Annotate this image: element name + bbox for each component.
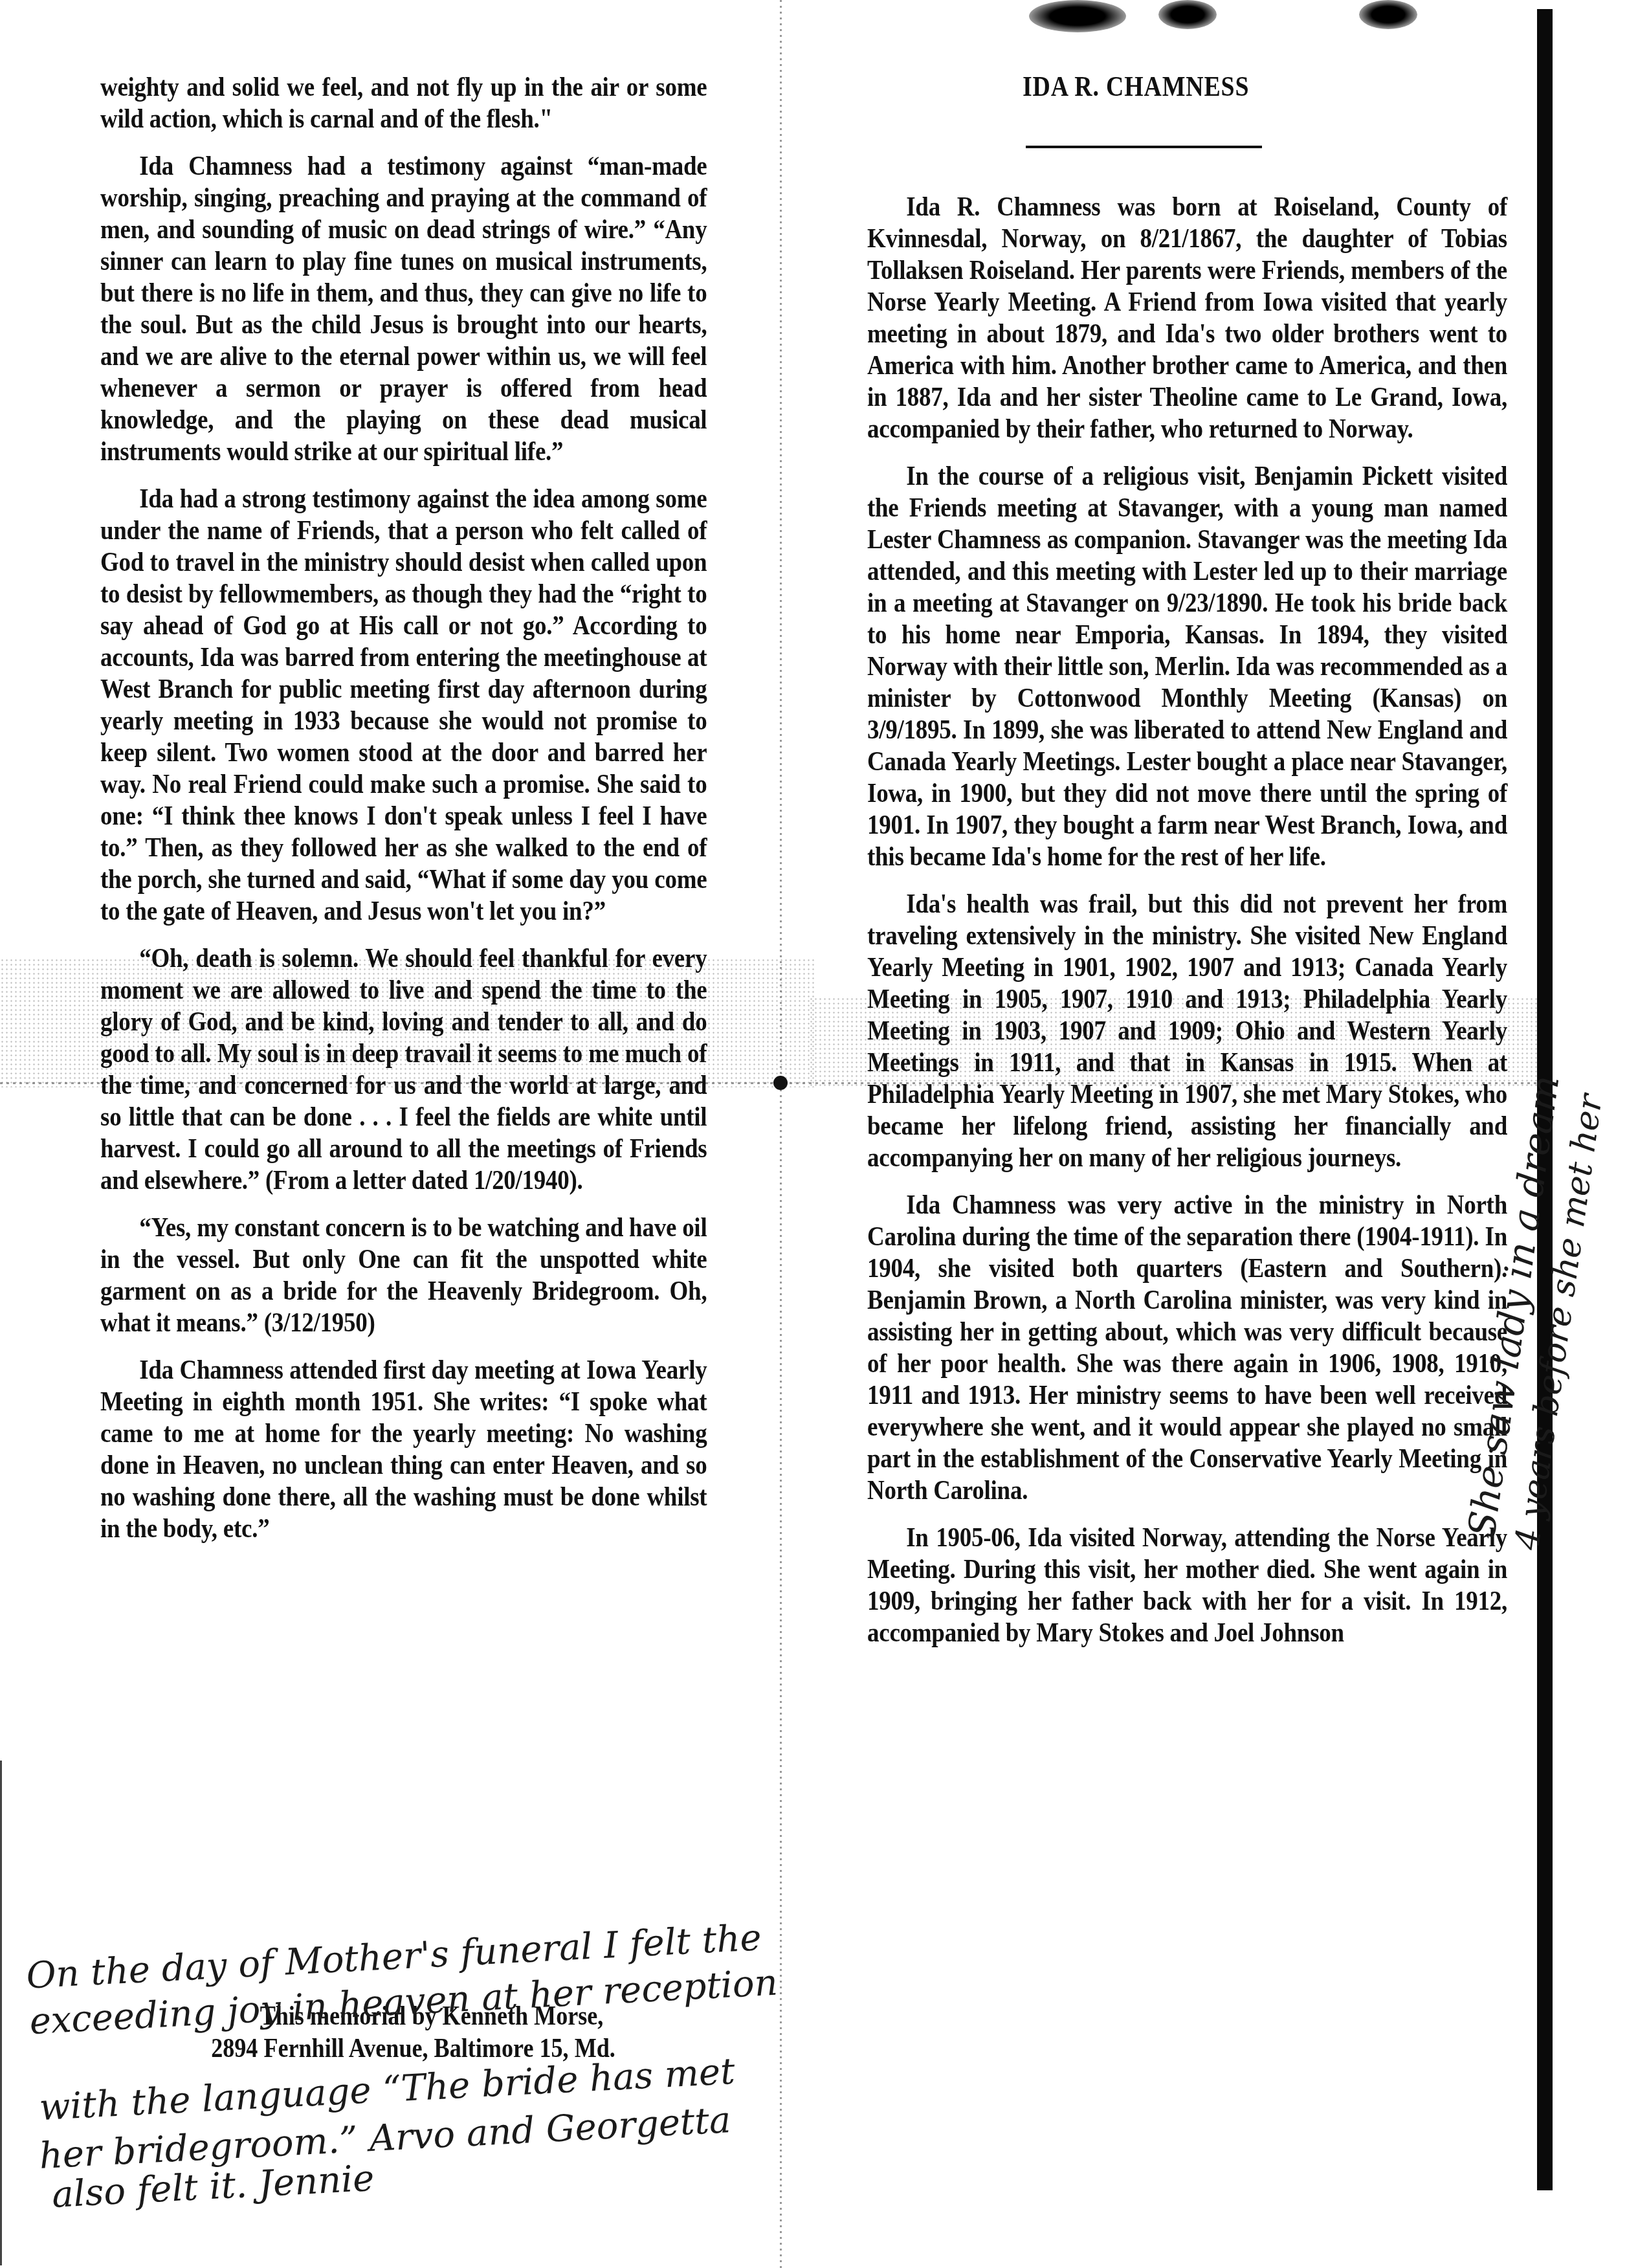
- paragraph: Ida Chamness attended first day meeting …: [100, 1354, 707, 1544]
- page-left-edge: [0, 1761, 2, 2265]
- title-divider: [1026, 146, 1262, 148]
- paragraph: Ida had a strong testimony against the i…: [100, 483, 707, 927]
- fold-intersection-mark: [773, 1076, 788, 1090]
- right-column: Ida R. Chamness was born at Roiseland, C…: [867, 191, 1507, 1664]
- paragraph: Ida Chamness was very active in the mini…: [867, 1189, 1507, 1506]
- paragraph: “Yes, my constant concern is to be watch…: [100, 1212, 707, 1339]
- paragraph: “Oh, death is solemn. We should feel tha…: [100, 942, 707, 1196]
- ink-blot: [1158, 0, 1217, 29]
- vertical-fold-line: [780, 0, 782, 2268]
- ink-blot: [1359, 0, 1417, 29]
- ink-blot: [1029, 0, 1126, 32]
- paragraph: In the course of a religious visit, Benj…: [867, 460, 1507, 873]
- paragraph: weighty and solid we feel, and not fly u…: [100, 71, 707, 135]
- left-column: weighty and solid we feel, and not fly u…: [100, 71, 707, 1560]
- scanned-document-page: weighty and solid we feel, and not fly u…: [0, 0, 1649, 2268]
- paragraph: Ida Chamness had a testimony against “ma…: [100, 150, 707, 467]
- paragraph: Ida's health was frail, but this did not…: [867, 888, 1507, 1173]
- paragraph: In 1905-06, Ida visited Norway, attendin…: [867, 1522, 1507, 1649]
- page-title: IDA R. CHAMNESS: [1023, 70, 1249, 103]
- paragraph: Ida R. Chamness was born at Roiseland, C…: [867, 191, 1507, 445]
